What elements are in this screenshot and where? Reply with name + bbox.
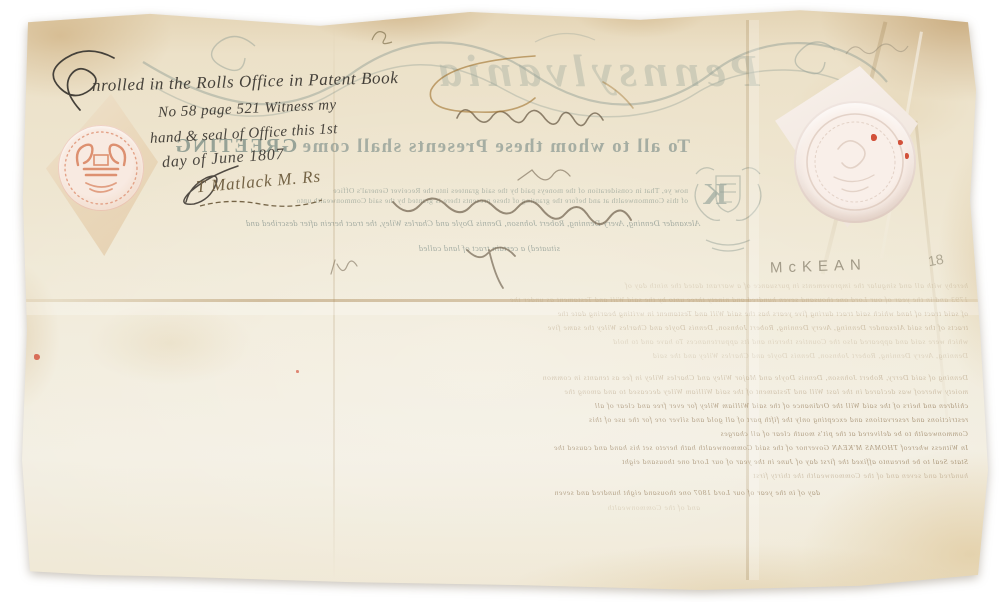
- clerk-mark: [368, 26, 394, 46]
- body-line: hundred and seven and of the Commonwealt…: [32, 471, 968, 480]
- great-seal-emblem: [794, 101, 916, 223]
- address-line-text: To all to whom these Presents shall come: [301, 136, 690, 157]
- great-seal-embossed: [794, 101, 916, 223]
- red-ink-speck: [34, 354, 40, 360]
- grantee-names-line: Alexander Denning, Avery Denning, Robert…: [246, 218, 700, 228]
- parchment-surface: Pennsylvania To all to whom these Presen…: [0, 0, 1000, 602]
- body-line: Denning, Avery Denning, Robert Johnson, …: [32, 351, 968, 360]
- wrinkle-shadow: [914, 121, 948, 420]
- rolls-seal-emblem: [58, 125, 144, 211]
- body-line: children and heirs of the said Will the …: [32, 401, 968, 410]
- signature-underline-flourish: [196, 196, 326, 212]
- horizontal-fold-highlight: [23, 302, 983, 315]
- red-wax-speck: [898, 140, 903, 145]
- rolls-office-seal: [58, 125, 144, 211]
- body-line: moiety whereof was declared in the last …: [32, 387, 968, 396]
- body-line: which were said and appeared also the Co…: [32, 337, 968, 346]
- situate-line: situated) a certain tract of land called: [419, 243, 560, 253]
- know-ye-line-2: of this Commonwealth at and before the g…: [296, 196, 688, 205]
- body-line: State Seal to be hereunto affixed the fi…: [32, 457, 968, 466]
- body-line: and of the Commonwealth: [300, 503, 700, 512]
- know-ye-initial: K: [703, 176, 727, 212]
- body-line: In Witness whereof THOMAS M'KEAN Governo…: [32, 443, 968, 452]
- pencil-county-annotation: McKEAN: [770, 256, 867, 276]
- red-wax-speck: [871, 134, 877, 141]
- know-ye-line-1: now ye, That in consideration of the mon…: [333, 186, 688, 195]
- body-line: hereby with all and singular the improve…: [32, 281, 968, 290]
- faint-pencil-mark: [842, 34, 912, 64]
- red-wax-speck: [905, 153, 909, 159]
- body-line: day of in the year of our Lord 1807 one …: [120, 488, 820, 497]
- body-line: tracts of the said Alexander Denning, Av…: [32, 323, 968, 332]
- inscription-line-1: nrolled in the Rolls Office in Patent Bo…: [92, 68, 399, 96]
- handwriting-showthrough: [320, 98, 665, 293]
- body-line: Commonwealth to be delivered at the pit'…: [32, 429, 968, 438]
- inscription-line-3: hand & seal of Office this 1st: [150, 121, 338, 148]
- ochre-ink-stroke: [415, 48, 665, 118]
- red-ink-speck: [296, 370, 299, 373]
- body-line: restrictions and reservations and except…: [32, 415, 968, 424]
- inscription-line-2: No 58 page 521 Witness my: [158, 97, 337, 122]
- parchment-sheet: Pennsylvania To all to whom these Presen…: [0, 0, 1000, 602]
- pencil-number-annotation: 18: [927, 251, 945, 269]
- body-line: Denning of said Derry, Robert Johnson, D…: [32, 373, 968, 382]
- photograph-of-document: Pennsylvania To all to whom these Presen…: [0, 0, 1000, 602]
